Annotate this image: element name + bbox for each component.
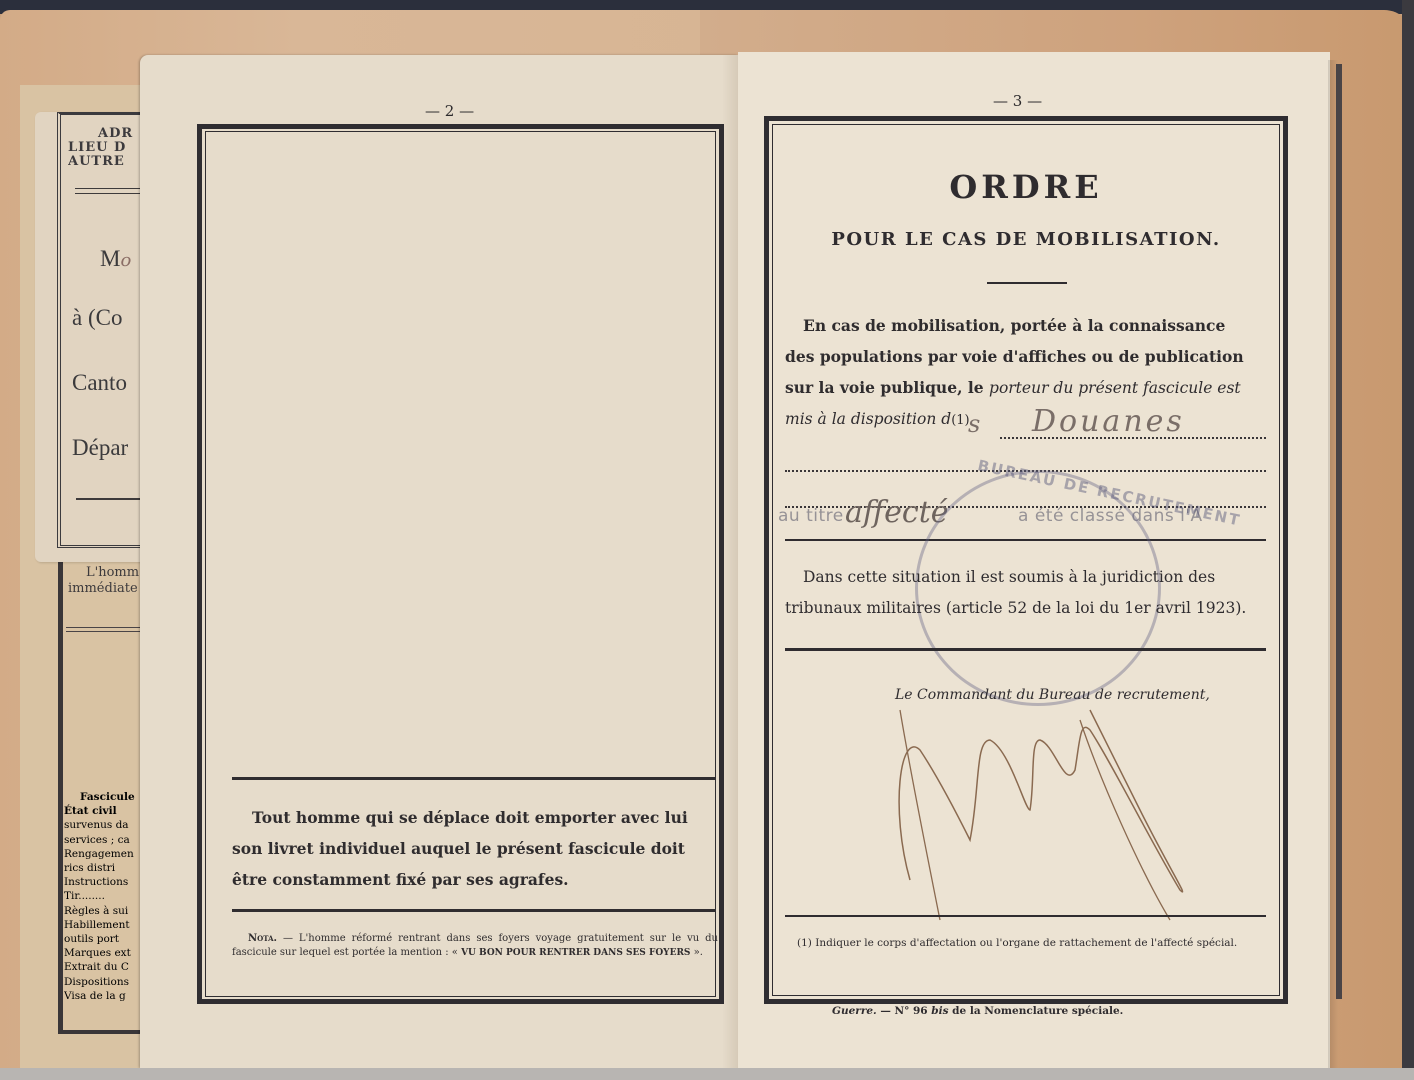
contents-item: Extrait du C [64,960,150,974]
contents-item: Instructions [64,875,150,889]
paragraph-line: Dans cette situation il est soumis à la … [785,562,1270,593]
underlying-contents-list: Fascicule État civil survenus da service… [64,790,150,1003]
imprint-italic: Guerre. [832,1005,877,1017]
disposition-line: mis à la disposition d(1) [785,404,1270,436]
stamped-line: au titre [778,506,844,526]
bottom-edge-strip [0,1068,1414,1080]
handwritten-prefix: s [968,410,980,438]
notice-line: Tout homme qui se déplace doit emporter … [232,802,718,833]
page-3-edge-shadow [1328,60,1338,1070]
imprint-text: de la Nomenclature spéciale. [949,1005,1124,1017]
page-3-imprint: Guerre. — N° 96 bis de la Nomenclature s… [832,1005,1123,1017]
page-2-notice: Tout homme qui se déplace doit emporter … [232,802,718,895]
paragraph-line: sur la voie publique, le porteur du prés… [785,372,1270,404]
title-rule [987,282,1067,284]
page-3-subtitle: POUR LE CAS DE MOBILISATION. [772,229,1280,250]
section-rule [785,648,1266,651]
paragraph-text: sur la voie publique, le [785,378,989,397]
contents-item: outils port [64,932,150,946]
page-2-number: — 2 — [425,102,474,120]
contents-item: survenus da [64,818,150,832]
nota-mention: Vu bon pour rentrer dans ses foyers [461,948,690,958]
page-3-number: — 3 — [993,92,1042,110]
paragraph-line: En cas de mobilisation, portée à la conn… [785,310,1270,341]
nota-label: Nota. [248,933,277,944]
imprint-bis: bis [931,1005,948,1017]
page-2-nota: Nota. — L'homme réformé rentrant dans se… [232,932,718,960]
signature-icon [880,690,1210,930]
page-2-rule-bottom [232,909,715,912]
tag-field-label: M [100,246,120,271]
page-2-rule-top [232,777,715,780]
notice-line: être constamment fixé par ses agrafes. [232,864,718,895]
contents-item: Dispositions [64,975,150,989]
paragraph-line: des populations par voie d'affiches ou d… [785,341,1270,372]
contents-item: services ; ca [64,833,150,847]
page-3-paragraph-2: Dans cette situation il est soumis à la … [785,562,1270,624]
notice-line: son livret individuel auquel le présent … [232,833,718,864]
footnote-rule [785,915,1266,917]
nota-end: ». [690,947,702,958]
contents-item: Fascicule [64,790,150,804]
contents-item: rics distri [64,861,150,875]
contents-item: Marques ext [64,946,150,960]
contents-item: Habillement [64,918,150,932]
contents-item: Rengagemen [64,847,150,861]
footnote-ref: (1) [951,413,969,428]
paragraph-italic: porteur du présent fascicule est [989,379,1241,397]
page-3-paragraph-1: En cas de mobilisation, portée à la conn… [785,310,1270,436]
page-3-title: ORDRE [772,168,1280,206]
paragraph-line: tribunaux militaires (article 52 de la l… [785,593,1270,624]
contents-item: État civil [64,804,150,818]
contents-item: Règles à sui [64,904,150,918]
contents-item: Visa de la g [64,989,150,1003]
right-edge-strip [1402,0,1414,1080]
contents-item: Tir........ [64,889,150,903]
page-3-footnote: (1) Indiquer le corps d'affectation ou l… [785,937,1266,950]
notice-line: immédiate [68,581,150,597]
stamped-text: au titre [778,506,844,526]
handwritten-disposition: Douanes [1032,404,1185,439]
imprint-text: — N° 96 [877,1005,932,1017]
paragraph-italic: mis à la disposition d [785,410,951,428]
tag-handwritten: o [120,250,131,271]
